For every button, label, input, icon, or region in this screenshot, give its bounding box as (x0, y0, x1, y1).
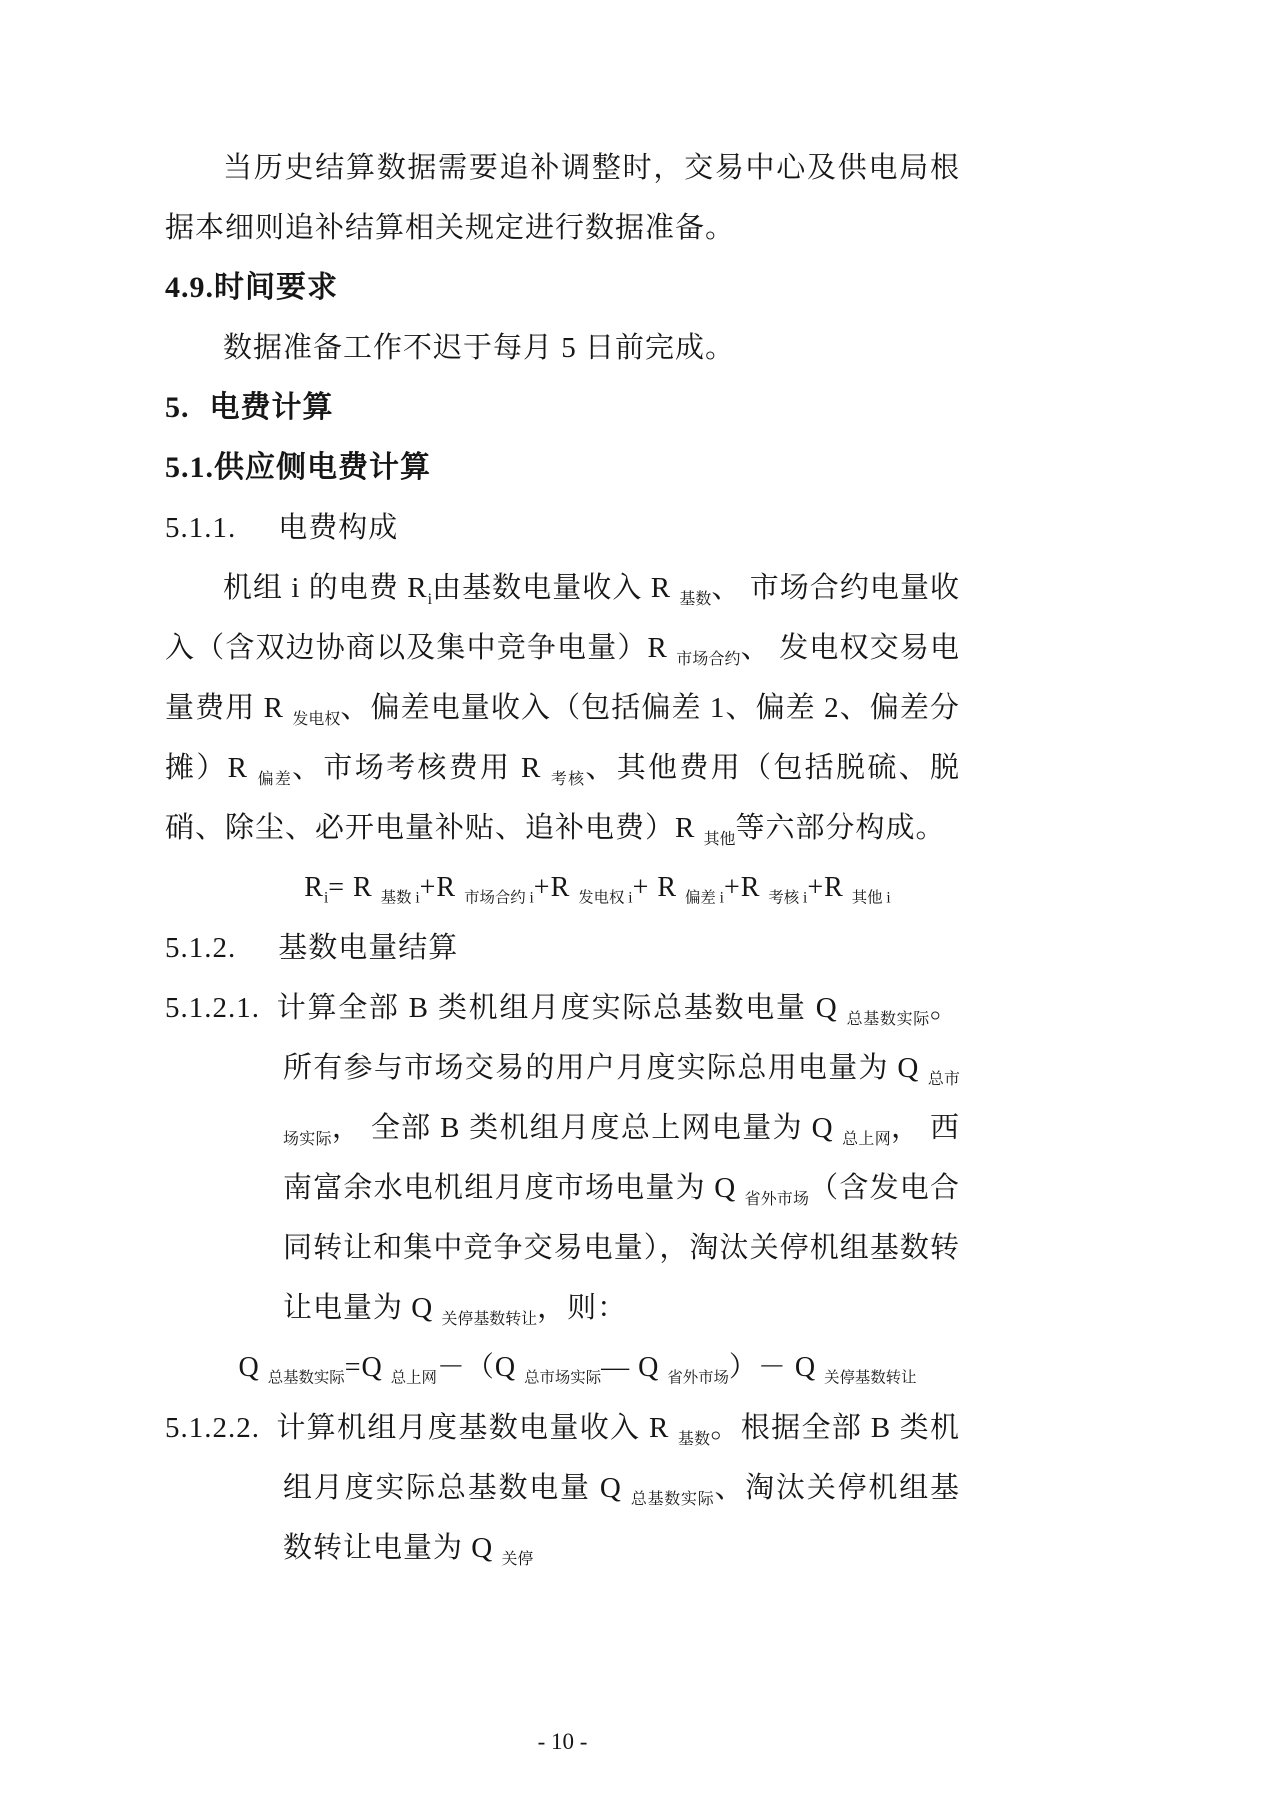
paragraph-adjustment: 当历史结算数据需要追补调整时，交易中心及供电局根据本细则追补结算相关规定进行数据… (165, 138, 960, 258)
clause-5-1-2-1-number: 5.1.2.1. (165, 992, 260, 1024)
run-text: + R (633, 872, 685, 903)
run-text: 计算全部 B 类机组月度实际总基数电量 Q (276, 992, 847, 1024)
subscript-text: 关停基数转让 (441, 1311, 537, 1328)
page-number: - 10 - (165, 1722, 960, 1762)
subscript-text: 偏差 i (685, 890, 724, 907)
run-text: =Q (345, 1352, 391, 1383)
run-text: ， 全部 B 类机组月度总上网电量为 Q (332, 1112, 842, 1144)
formula-revenue-sum: Ri= R 基数 i+R 市场合约 i+R 发电权 i+ R 偏差 i+R 考核… (165, 858, 960, 918)
subscript-text: 总基数实际 (847, 1011, 930, 1028)
run-text: +R (807, 872, 851, 903)
clause-5-1-2-1: 5.1.2.1.计算全部 B 类机组月度实际总基数电量 Q 总基数实际。所有参与… (165, 978, 960, 1338)
heading-5-title: 电费计算 (210, 391, 334, 424)
subscript-text: 发电权 (292, 711, 340, 728)
heading-5-1-2-title: 基数电量结算 (278, 932, 458, 964)
subscript-text: 市场合约 i (464, 890, 534, 907)
heading-5-1-2-number: 5.1.2. (165, 932, 236, 964)
heading-5-1-2-base-settlement: 5.1.2.基数电量结算 (165, 918, 960, 978)
run-text: －（Q (437, 1352, 524, 1383)
run-text: Q (238, 1352, 267, 1383)
run-text: — Q (601, 1352, 667, 1383)
heading-5-1-1-number: 5.1.1. (165, 512, 236, 544)
run-text: 机组 i 的电费 R (223, 572, 428, 604)
clause-5-1-2-2-text: 计算机组月度基数电量收入 R 基数。根据全部 B 类机组月度实际总基数电量 Q … (276, 1412, 960, 1564)
subscript-text: 总基数实际 (268, 1370, 345, 1387)
clause-5-1-2-1-text: 计算全部 B 类机组月度实际总基数电量 Q 总基数实际。所有参与市场交易的用户月… (276, 992, 960, 1324)
heading-5-1-1-title: 电费构成 (278, 512, 398, 544)
subscript-text: 发电权 i (578, 890, 632, 907)
document-content: 当历史结算数据需要追补调整时，交易中心及供电局根据本细则追补结算相关规定进行数据… (165, 138, 960, 1578)
subscript-text: 省外市场 (667, 1370, 729, 1387)
subscript-text: 总基数实际 (631, 1491, 715, 1508)
heading-4-9-time-requirement: 4.9.时间要求 (165, 258, 960, 318)
run-text: 等六部分构成。 (735, 812, 945, 844)
subscript-text: 总上网 (842, 1131, 891, 1148)
subscript-text: 关停 (501, 1551, 533, 1568)
subscript-text: 基数 (679, 591, 711, 608)
run-text: +R (724, 872, 768, 903)
run-text: = R (328, 872, 380, 903)
subscript-text: 市场合约 (676, 651, 740, 668)
run-text: ，则： (537, 1292, 627, 1324)
heading-5-1-supply-side: 5.1.供应侧电费计算 (165, 438, 960, 498)
subscript-text: 总上网 (391, 1370, 437, 1387)
subscript-text: 考核 i (768, 890, 807, 907)
heading-5-1-1-fee-composition: 5.1.1.电费构成 (165, 498, 960, 558)
subscript-text: 基数 i (381, 890, 420, 907)
subscript-text: 省外市场 (745, 1191, 810, 1208)
subscript-text: 其他 i (852, 890, 891, 907)
clause-5-1-2-2-number: 5.1.2.2. (165, 1412, 260, 1444)
document-page: 当历史结算数据需要追补调整时，交易中心及供电局根据本细则追补结算相关规定进行数据… (0, 0, 1280, 1809)
subscript-text: 其他 (704, 831, 736, 848)
heading-5-number: 5. (165, 391, 190, 424)
paragraph-fee-components: 机组 i 的电费 Ri由基数电量收入 R 基数、 市场合约电量收入（含双边协商以… (165, 558, 960, 858)
subscript-text: 关停基数转让 (824, 1370, 916, 1387)
subscript-text: 总市场实际 (524, 1370, 601, 1387)
run-text: +R (534, 872, 578, 903)
subscript-text: 偏差 (258, 771, 293, 788)
run-text: R (304, 872, 324, 903)
run-text: +R (420, 872, 464, 903)
paragraph-deadline: 数据准备工作不迟于每月 5 日前完成。 (165, 318, 960, 378)
subscript-text: 考核 (551, 771, 586, 788)
run-text: 由基数电量收入 R (432, 572, 679, 604)
run-text: 、市场考核费用 R (292, 752, 551, 784)
subscript-text: 基数 (678, 1431, 711, 1448)
clause-5-1-2-2: 5.1.2.2.计算机组月度基数电量收入 R 基数。根据全部 B 类机组月度实际… (165, 1398, 960, 1578)
run-text: ）－ Q (729, 1352, 824, 1383)
heading-5-fee-calculation: 5.电费计算 (165, 378, 960, 438)
formula-base-quantity: Q 总基数实际=Q 总上网－（Q 总市场实际— Q 省外市场）－ Q 关停基数转… (165, 1338, 960, 1398)
run-text: 计算机组月度基数电量收入 R (276, 1412, 678, 1444)
